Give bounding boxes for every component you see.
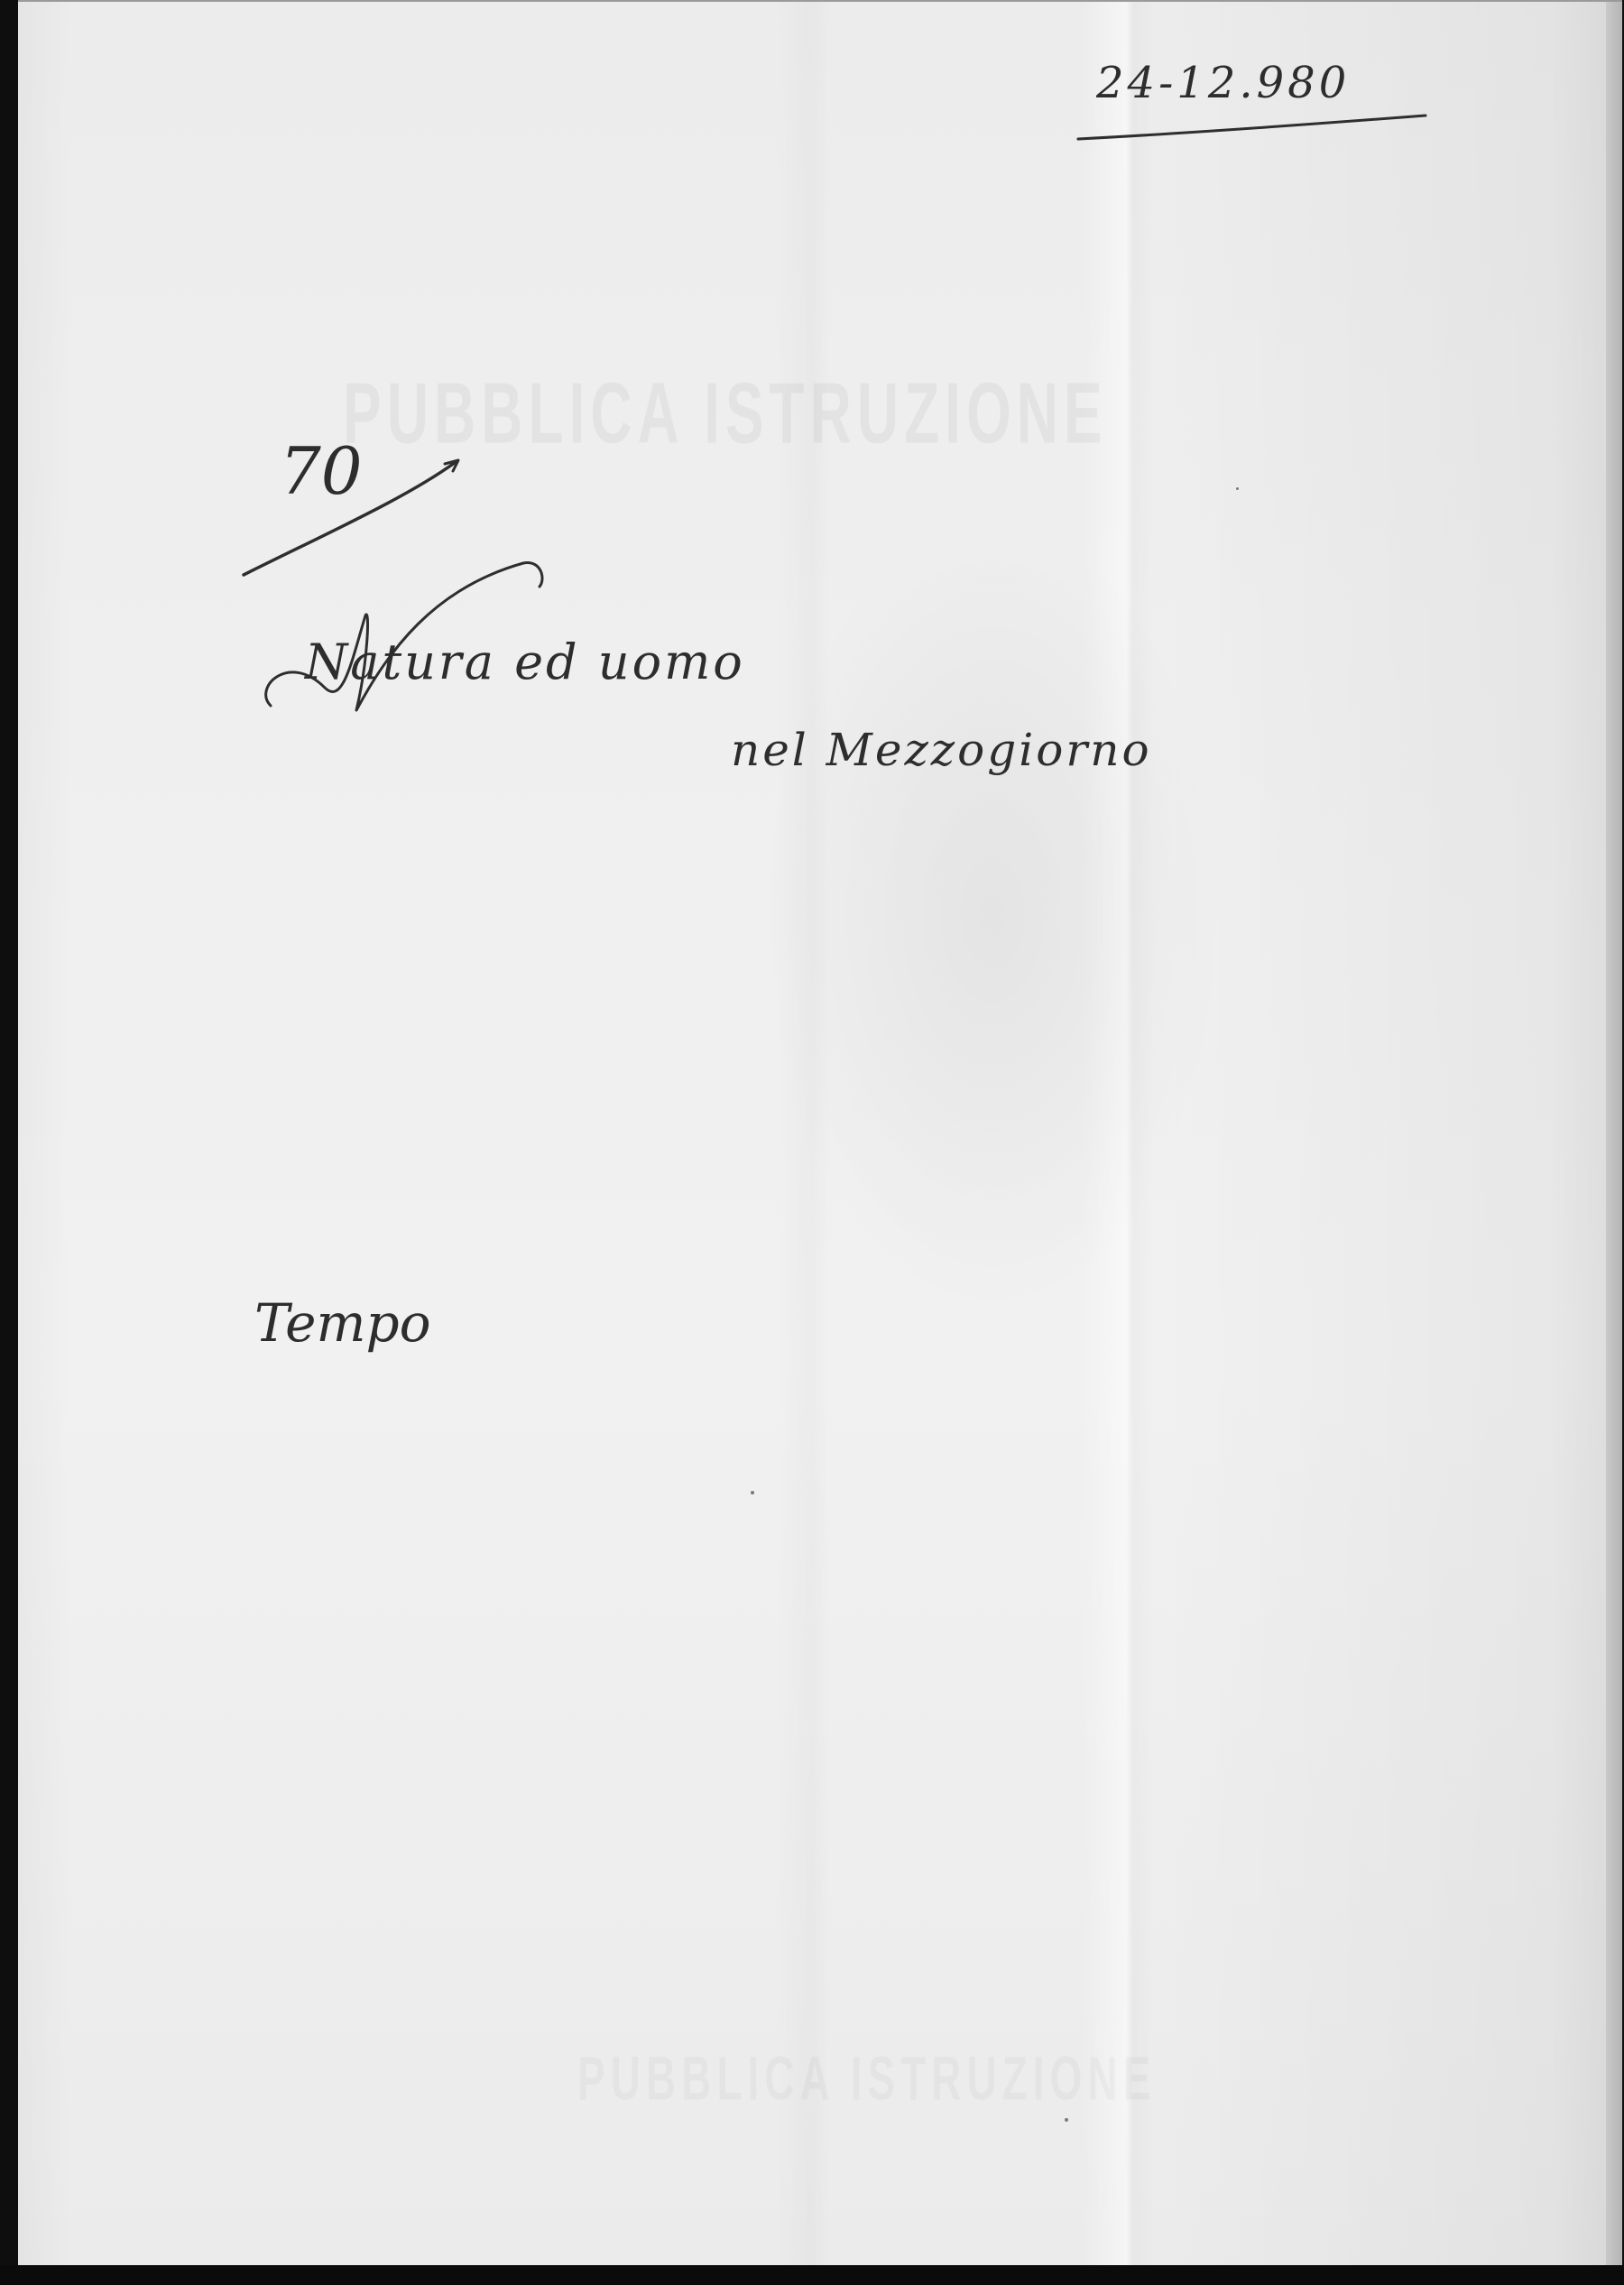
paper-speck bbox=[751, 1491, 754, 1494]
title-line-1-text: Natura ed uomo bbox=[305, 634, 745, 690]
paper-speck bbox=[1065, 2118, 1068, 2122]
title-line-2: nel Mezzogiorno bbox=[731, 724, 1152, 776]
title-line-2-text: nel Mezzogiorno bbox=[731, 724, 1152, 776]
paper-speck bbox=[1236, 487, 1239, 490]
paper-sheet: PUBBLICA ISTRUZIONE PUBBLICA ISTRUZIONE … bbox=[18, 0, 1622, 2269]
title-line-1: Natura ed uomo bbox=[305, 634, 745, 690]
date-text: 24-12.980 bbox=[1096, 58, 1350, 108]
note-text: Tempo bbox=[254, 1292, 431, 1354]
scan-bottom-border bbox=[0, 2265, 1624, 2285]
date-underline bbox=[1074, 110, 1435, 146]
paper-right-edge bbox=[1606, 2, 1622, 2269]
bleed-through-emblem bbox=[758, 507, 1227, 1319]
bleed-through-footer: PUBBLICA ISTRUZIONE bbox=[577, 2041, 1156, 2114]
date-annotation: 24-12.980 bbox=[1096, 58, 1350, 108]
note-annotation: Tempo bbox=[254, 1292, 431, 1354]
scanned-page: PUBBLICA ISTRUZIONE PUBBLICA ISTRUZIONE … bbox=[0, 0, 1624, 2285]
